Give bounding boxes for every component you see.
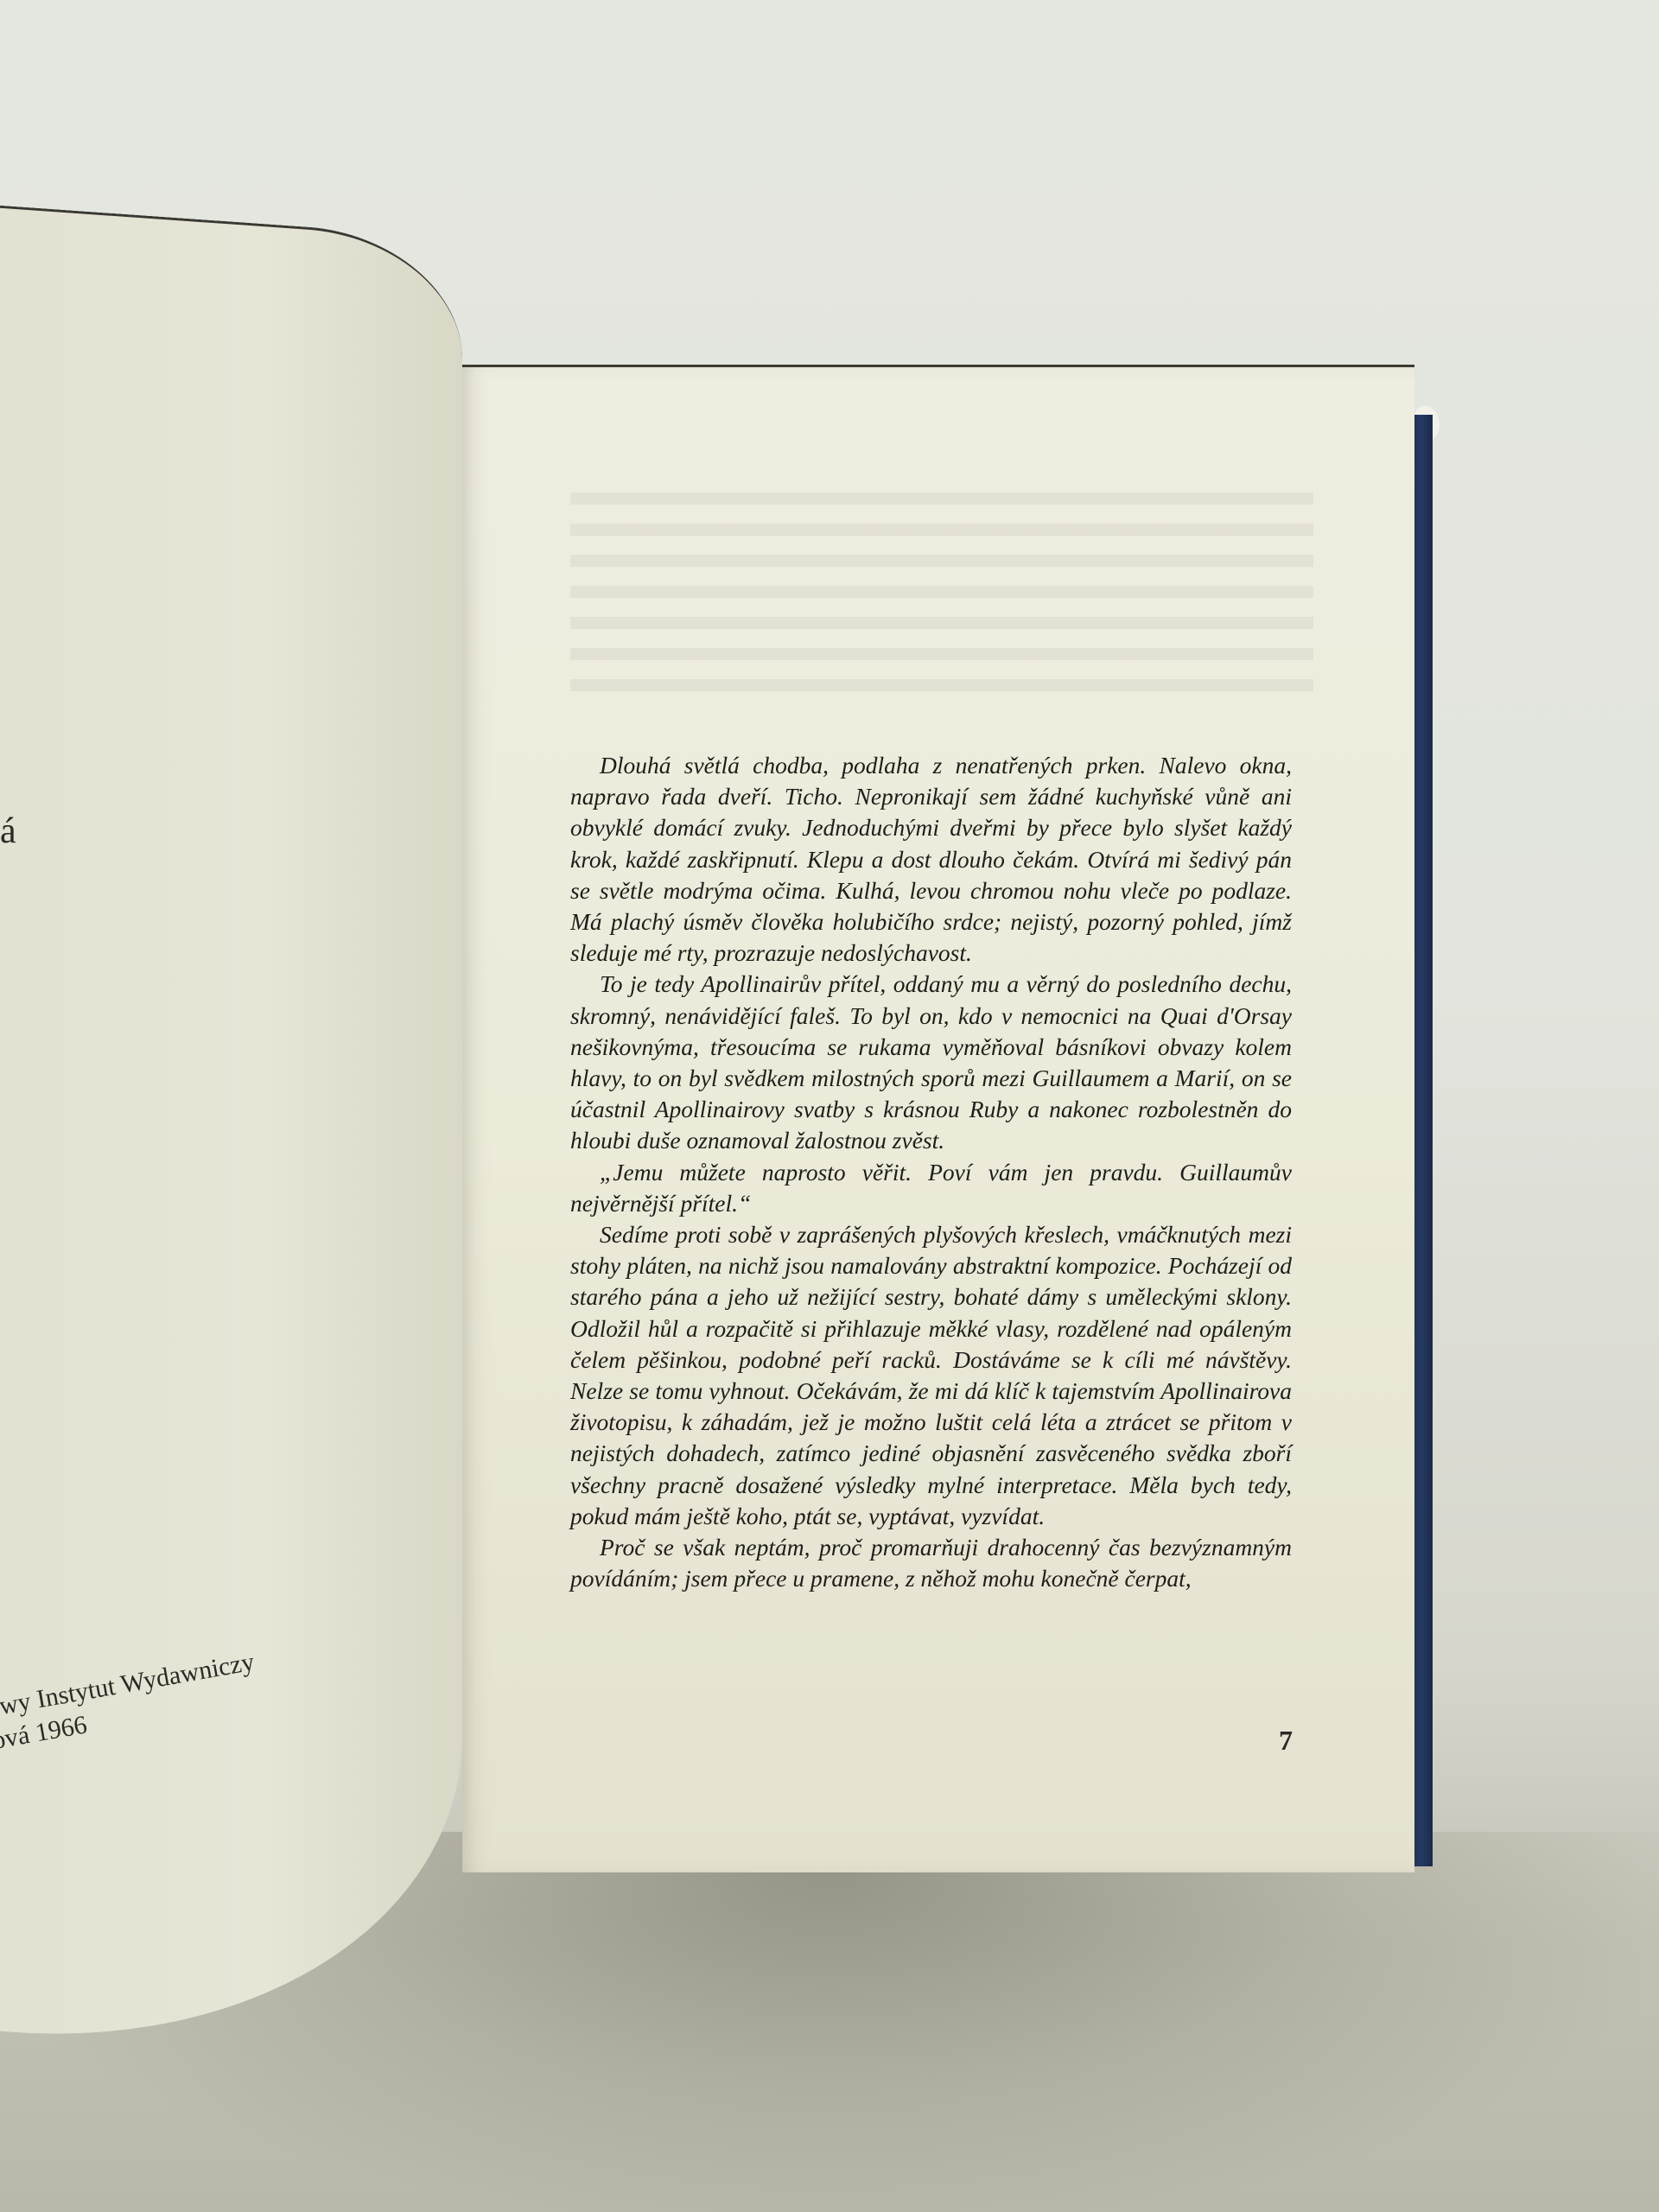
paragraph: „Jemu můžete naprosto věřit. Poví vám je… <box>570 1157 1292 1219</box>
paragraph: Proč se však neptám, proč promarňuji dra… <box>570 1532 1292 1594</box>
colophon: wowy Instytut Wydawniczy alová 1966 <box>0 1646 263 1761</box>
body-text: Dlouhá světlá chodba, podlaha z nenatřen… <box>570 750 1292 1594</box>
paragraph: Sedíme proti sobě v zaprášených plyšovýc… <box>570 1219 1292 1532</box>
paragraph: Dlouhá světlá chodba, podlaha z nenatřen… <box>570 750 1292 969</box>
page-number: 7 <box>1279 1725 1293 1757</box>
left-page: á wowy Instytut Wydawniczy alová 1966 <box>0 203 462 2063</box>
show-through-text <box>570 493 1313 709</box>
left-page-title-fragment: á <box>0 810 16 852</box>
paragraph: To je tedy Apollinairův přítel, oddaný m… <box>570 969 1292 1156</box>
